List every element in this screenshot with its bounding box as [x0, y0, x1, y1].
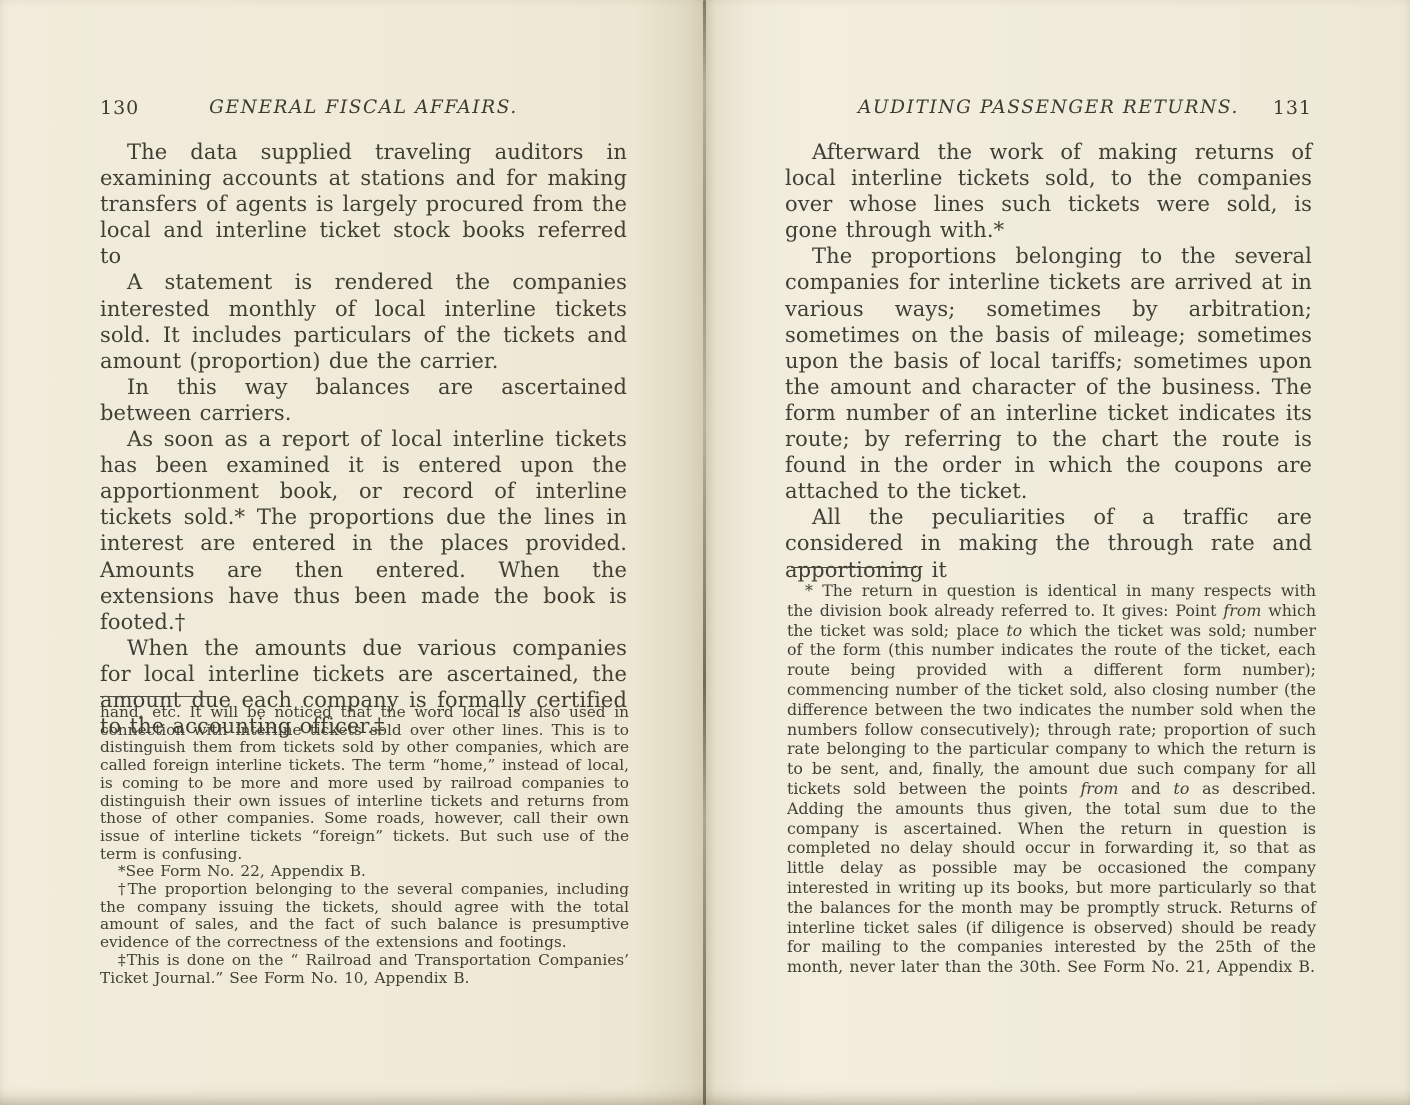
- right-running-header: AUDITING PASSENGER RETURNS. 131: [785, 97, 1312, 123]
- left-footnote-rule: [100, 696, 212, 697]
- right-paragraph-2: The proportions belonging to the several…: [785, 243, 1312, 504]
- right-paragraph-3: All the peculiarities of a traffic are c…: [785, 504, 1312, 582]
- left-paragraph-3: In this way balances are ascertained bet…: [100, 374, 627, 426]
- right-footnote-rule: [791, 567, 916, 568]
- left-body-text: The data supplied traveling auditors in …: [100, 139, 627, 739]
- left-paragraph-4: As soon as a report of local interline t…: [100, 426, 627, 635]
- left-footnote-dagger: †The proportion belonging to the several…: [100, 881, 629, 952]
- right-footnotes: * The return in question is identical in…: [787, 581, 1316, 977]
- left-paragraph-2: A statement is rendered the companies in…: [100, 269, 627, 373]
- right-page: AUDITING PASSENGER RETURNS. 131 Afterwar…: [705, 0, 1410, 1105]
- book-scan: 130 GENERAL FISCAL AFFAIRS. The data sup…: [0, 0, 1410, 1105]
- right-body-text: Afterward the work of making returns of …: [785, 139, 1312, 583]
- left-footnotes: hand, etc. It will be noticed that the w…: [100, 704, 629, 987]
- right-footnote-asterisk: * The return in question is identical in…: [787, 581, 1316, 977]
- left-footnote-asterisk: *See Form No. 22, Appendix B.: [100, 863, 629, 881]
- left-footnote-double-dagger: ‡This is done on the “ Railroad and Tran…: [100, 952, 629, 987]
- left-running-header: 130 GENERAL FISCAL AFFAIRS.: [100, 97, 627, 123]
- left-page-number: 130: [100, 97, 139, 119]
- left-running-head-title: GENERAL FISCAL AFFAIRS.: [100, 97, 627, 118]
- left-paragraph-1: The data supplied traveling auditors in …: [100, 139, 627, 269]
- right-running-head-title: AUDITING PASSENGER RETURNS.: [785, 97, 1312, 118]
- left-footnote-continuation: hand, etc. It will be noticed that the w…: [100, 704, 629, 863]
- right-paragraph-1: Afterward the work of making returns of …: [785, 139, 1312, 243]
- book-gutter-crease: [703, 0, 706, 1105]
- right-page-number: 131: [1273, 97, 1312, 119]
- left-page: 130 GENERAL FISCAL AFFAIRS. The data sup…: [0, 0, 705, 1105]
